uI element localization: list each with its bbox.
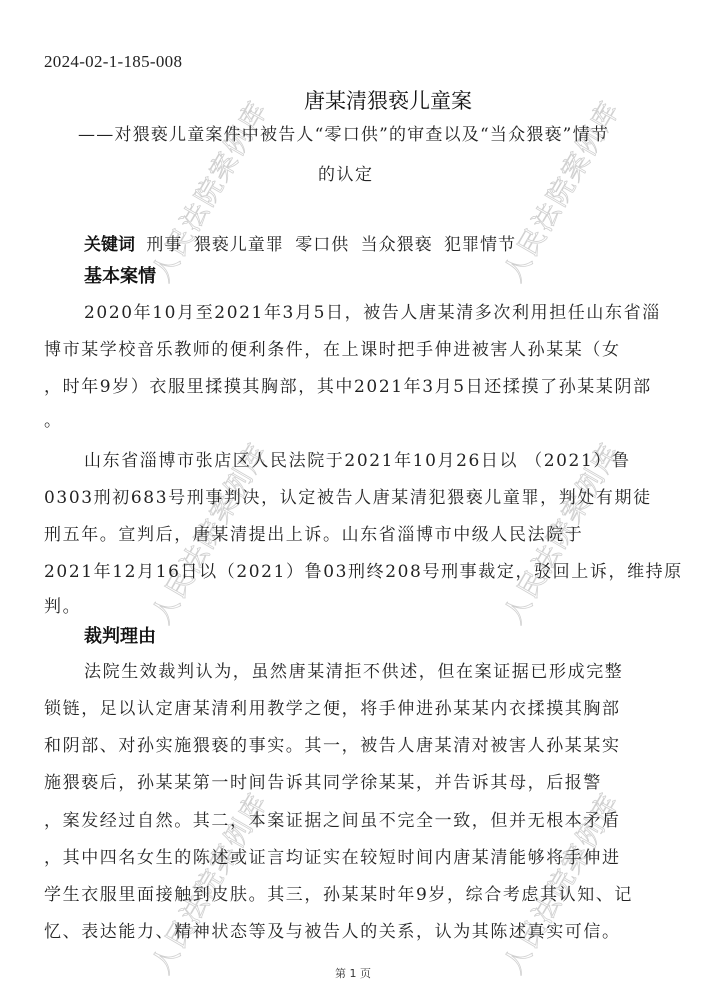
keyword: 零口供 [295, 235, 349, 255]
paragraph-line: 学生衣服里面接触到皮肤。其三，孙某某时年9岁，综合考虑其认知、记 [44, 880, 633, 905]
keyword: 刑事 [146, 235, 182, 255]
document-subtitle: ——对猥亵儿童案件中被告人“零口供”的审查以及“当众猥亵”情节 [78, 120, 609, 145]
section-heading-reasoning: 裁判理由 [84, 622, 156, 648]
paragraph-line: 。 [44, 406, 63, 431]
keyword: 当众猥亵 [361, 235, 433, 255]
paragraph-line: 博市某学校音乐教师的便利条件，在上课时把手伸进被害人孙某某（女 [44, 335, 621, 360]
paragraph-line: 2020年10月至2021年3月5日，被告人唐某清多次利用担任山东省淄 [84, 298, 661, 323]
title-text: 唐某清猥亵儿童案 [304, 89, 472, 113]
keyword: 猥亵儿童罪 [194, 235, 284, 255]
document-page: 人民法院案例库 人民法院案例库 人民法院案例库 人民法院案例库 人民法院案例库 … [0, 0, 706, 999]
document-title: 唐某清猥亵儿童案 [0, 85, 706, 115]
paragraph-line: 山东省淄博市张店区人民法院于2021年10月26日以 （2021）鲁 [84, 446, 631, 471]
section-heading-basic-facts: 基本案情 [84, 262, 156, 288]
paragraph-line: 锁链，足以认定唐某清利用教学之便，将手伸进孙某某内衣揉摸其胸部 [44, 694, 621, 719]
paragraph-line: ，时年9岁）衣服里揉摸其胸部，其中2021年3月5日还揉摸了孙某某阴部 [44, 372, 652, 397]
paragraph-line: 0303刑初683号刑事判决，认定被告人唐某清犯猥亵儿童罪，判处有期徒 [44, 483, 652, 508]
paragraph-line: ，其中四名女生的陈述或证言均证实在较短时间内唐某清能够将手伸进 [44, 843, 621, 868]
case-number: 2024-02-1-185-008 [44, 52, 182, 72]
paragraph-line: 施猥亵后，孙某某第一时间告诉其同学徐某某，并告诉其母，后报警 [44, 768, 602, 793]
paragraph-line: 忆、表达能力、精神状态等及与被告人的关系，认为其陈述真实可信。 [44, 917, 621, 942]
document-subtitle-continued: 的认定 [318, 160, 374, 185]
paragraph-line: 2021年12月16日以（2021）鲁03刑终208号刑事裁定，驳回上诉，维持原 [44, 557, 683, 582]
paragraph-line: 判。 [44, 592, 81, 617]
paragraph-line: ，案发经过自然。其二，本案证据之间虽不完全一致，但并无根本矛盾 [44, 806, 621, 831]
paragraph-line: 和阴部、对孙实施猥亵的事实。其一，被告人唐某清对被害人孙某某实 [44, 731, 621, 756]
page-number: 第 1 页 [0, 965, 706, 981]
keyword: 犯罪情节 [444, 235, 516, 255]
paragraph-line: 刑五年。宣判后，唐某清提出上诉。山东省淄博市中级人民法院于 [44, 520, 583, 545]
paragraph-line: 法院生效裁判认为，虽然唐某清拒不供述，但在案证据已形成完整 [84, 657, 623, 682]
keywords: 关键词 刑事 猥亵儿童罪 零口供 当众猥亵 犯罪情节 [84, 230, 516, 255]
keywords-label: 关键词 [84, 235, 135, 255]
